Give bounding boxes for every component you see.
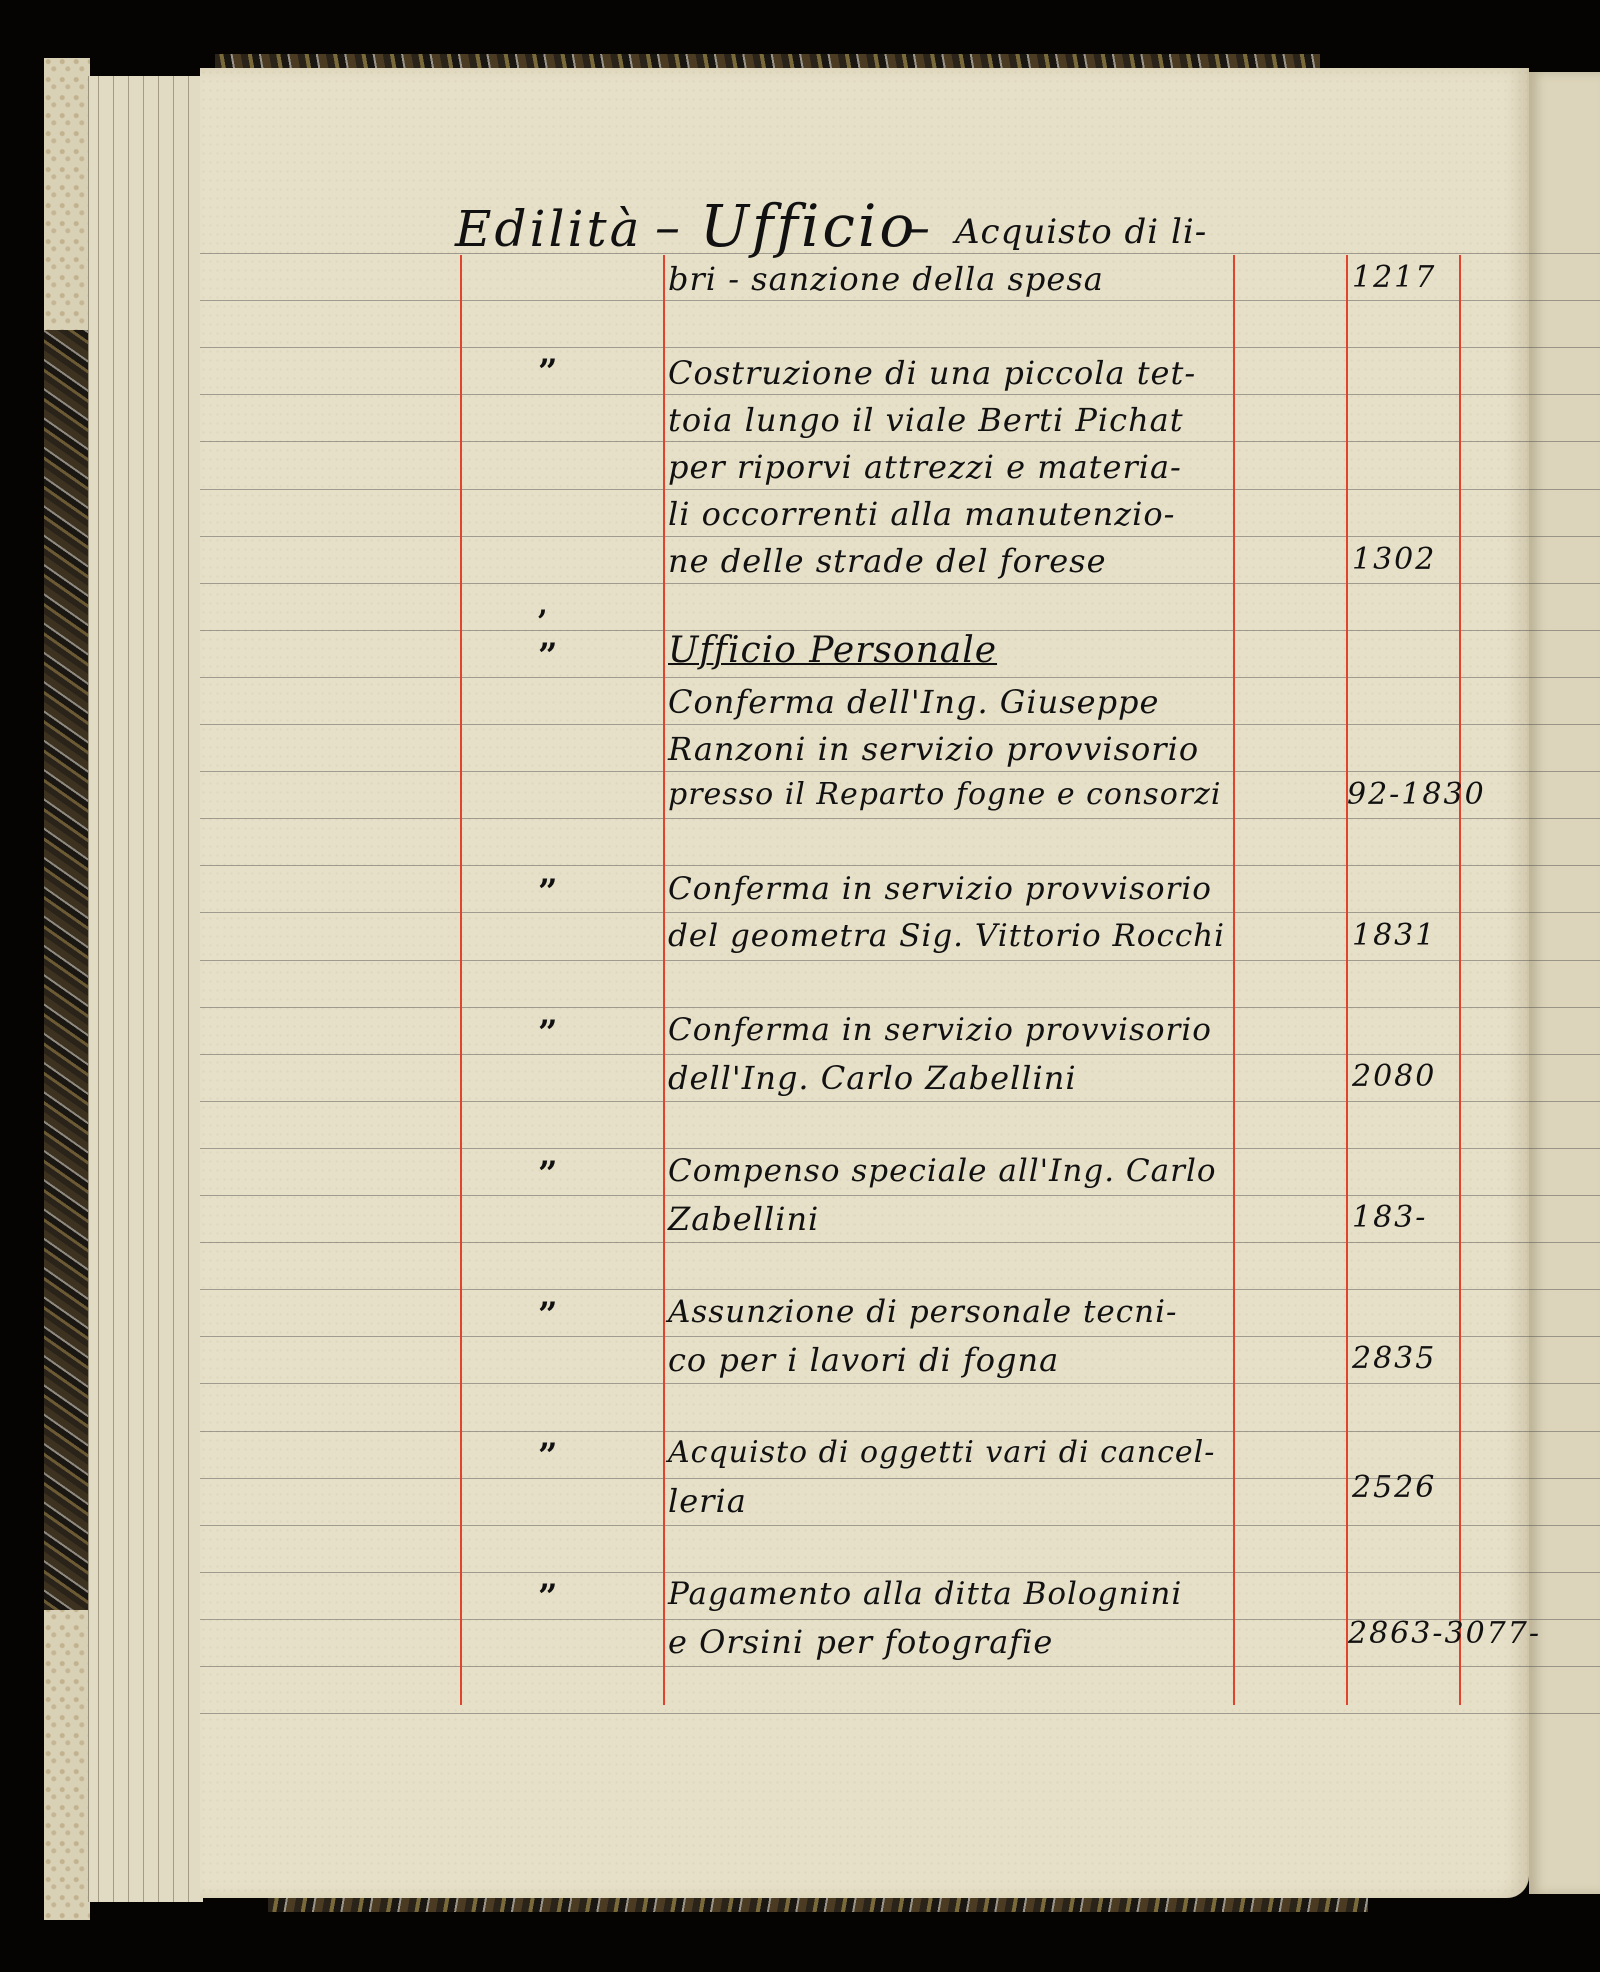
margin-line-ref-right (1459, 255, 1461, 1705)
heading-separator: – (905, 198, 933, 256)
ruled-line (200, 1007, 1600, 1008)
ruled-line (200, 489, 1600, 490)
ruled-line (200, 1431, 1600, 1432)
ruled-line (200, 865, 1600, 866)
entry-text-line: del geometra Sig. Vittorio Rocchi (668, 918, 1225, 954)
entry-text-line: Ranzoni in servizio provvisorio (668, 730, 1199, 768)
ruled-line (200, 300, 1600, 301)
ruled-line (200, 1383, 1600, 1384)
ruled-line (200, 1666, 1600, 1667)
ruled-line (200, 536, 1600, 537)
ditto-mark: ” (538, 872, 558, 912)
ditto-mark: ” (538, 352, 558, 392)
ruled-line (200, 818, 1600, 819)
entry-text-line: Pagamento alla ditta Bolognini (668, 1576, 1182, 1612)
ruled-line (200, 960, 1600, 961)
ruled-line (200, 1101, 1600, 1102)
entry-ref-number: 2835 (1352, 1341, 1436, 1376)
ruled-line (200, 394, 1600, 395)
ruled-line (200, 1148, 1600, 1149)
entry-ref-number: 1217 (1352, 260, 1436, 295)
entry-ref-number: 183- (1352, 1200, 1427, 1235)
entry-ref-number: 2526 (1352, 1470, 1436, 1505)
ruled-line (200, 347, 1600, 348)
ruled-line (200, 771, 1600, 772)
margin-line-text-left (663, 255, 665, 1705)
ditto-mark: ” (538, 1154, 558, 1194)
ruled-line (200, 1336, 1600, 1337)
entry-ref-number: 1831 (1352, 918, 1436, 953)
entry-ref-number: 2080 (1352, 1059, 1436, 1094)
entry-text-line: toia lungo il viale Berti Pichat (668, 401, 1184, 439)
entry-text-line: Acquisto di li- (955, 212, 1207, 252)
entry-text-line: li occorrenti alla manutenzio- (668, 495, 1175, 533)
heading-office: Ufficio (700, 192, 917, 260)
page-stack-edges (88, 76, 203, 1902)
ruled-line (200, 583, 1600, 584)
entry-text-line: Acquisto di oggetti vari di cancel- (668, 1435, 1215, 1470)
entry-text-line: bri - sanzione della spesa (668, 260, 1104, 298)
entry-ref-number: 1302 (1352, 542, 1436, 577)
entry-text-line: co per i lavori di fogna (668, 1341, 1059, 1379)
margin-line-ref-left (1346, 255, 1348, 1705)
marbled-cover-left (44, 330, 90, 1610)
entry-text-line: e Orsini per fotografie (668, 1623, 1053, 1661)
ruled-line (200, 677, 1600, 678)
entry-ref-number: 2863-3077- (1348, 1616, 1541, 1651)
ditto-mark: ” (538, 1013, 558, 1053)
ditto-mark: ” (538, 1436, 558, 1476)
entry-text-line: ne delle strade del forese (668, 542, 1107, 580)
entry-text-line: Compenso speciale all'Ing. Carlo (668, 1153, 1217, 1189)
ruled-line (200, 1289, 1600, 1290)
entry-text-line: per riporvi attrezzi e materia- (668, 448, 1182, 486)
comma-mark: , (538, 588, 548, 621)
entry-text-line: Conferma in servizio provvisorio (668, 871, 1212, 907)
ditto-mark: ” (538, 1577, 558, 1617)
heading-separator: – (655, 198, 683, 256)
ruled-line (200, 1242, 1600, 1243)
margin-line-text-right (1233, 255, 1235, 1705)
ruled-line (200, 1525, 1600, 1526)
heading-section: Edilità (455, 200, 642, 258)
entry-text-line: dell'Ing. Carlo Zabellini (668, 1059, 1077, 1097)
entry-ref-number: 92-1830 (1347, 777, 1486, 812)
entry-text-line: Assunzione di personale tecni- (668, 1294, 1178, 1330)
entry-text-line: Conferma in servizio provvisorio (668, 1012, 1212, 1048)
ruled-line (200, 1572, 1600, 1573)
entry-text-line: Costruzione di una piccola tet- (668, 354, 1196, 392)
marbled-cover-bottom (268, 1896, 1368, 1912)
ruled-line (200, 1054, 1600, 1055)
ditto-mark: ” (538, 1295, 558, 1335)
margin-line-ditto-left (460, 255, 462, 1705)
ruled-line (200, 912, 1600, 913)
ruled-line (200, 1713, 1600, 1714)
ruled-line (200, 724, 1600, 725)
ruled-line (200, 1195, 1600, 1196)
ruled-line (200, 441, 1600, 442)
entry-subheading: Ufficio Personale (668, 630, 997, 671)
entry-text-line: Zabellini (668, 1200, 819, 1238)
ditto-mark: ” (538, 636, 558, 676)
entry-text-line: presso il Reparto fogne e consorzi (668, 777, 1222, 812)
entry-text-line: leria (668, 1482, 747, 1520)
entry-text-line: Conferma dell'Ing. Giuseppe (668, 683, 1159, 721)
